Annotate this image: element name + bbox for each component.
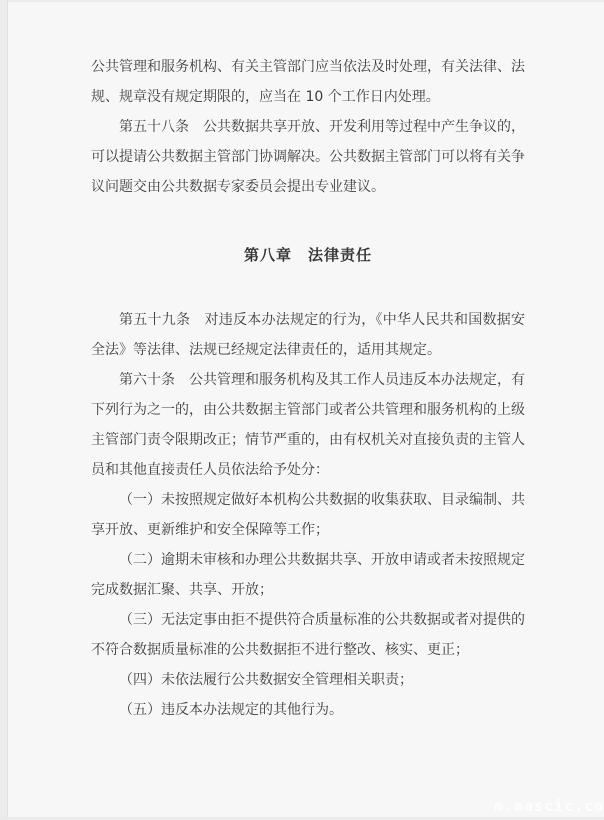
paragraph-continuation: 公共管理和服务机构、有关主管部门应当依法及时处理，有关法律、法规、规章没有规定期… (91, 52, 525, 112)
document-body: 公共管理和服务机构、有关主管部门应当依法及时处理，有关法律、法规、规章没有规定期… (91, 52, 525, 725)
paragraph-item-4: （四）未依法履行公共数据安全管理相关职责； (91, 665, 525, 695)
chapter-heading: 第八章 法律责任 (91, 240, 525, 270)
paragraph-article-59: 第五十九条 对违反本办法规定的行为，《中华人民共和国数据安全法》等法律、法规已经… (91, 305, 525, 365)
paragraph-item-5: （五）违反本办法规定的其他行为。 (91, 695, 525, 725)
paragraph-item-1: （一）未按照规定做好本机构公共数据的收集获取、目录编制、共享开放、更新维护和安全… (91, 485, 525, 545)
paragraph-item-2: （二）逾期未审核和办理公共数据共享、开放申请或者未按照规定完成数据汇聚、共享、开… (91, 545, 525, 605)
paragraph-item-3: （三）无法定事由拒不提供符合质量标准的公共数据或者对提供的不符合数据质量标准的公… (91, 605, 525, 665)
page-left-edge (0, 0, 8, 820)
document-page: 公共管理和服务机构、有关主管部门应当依法及时处理，有关法律、法规、规章没有规定期… (0, 0, 604, 820)
paragraph-article-58: 第五十八条 公共数据共享开放、开发利用等过程中产生争议的，可以提请公共数据主管部… (91, 112, 525, 202)
page-top-edge (0, 0, 604, 2)
paragraph-article-60: 第六十条 公共管理和服务机构及其工作人员违反本办法规定，有下列行为之一的，由公共… (91, 365, 525, 485)
site-watermark: m.mascic.com (494, 797, 604, 815)
